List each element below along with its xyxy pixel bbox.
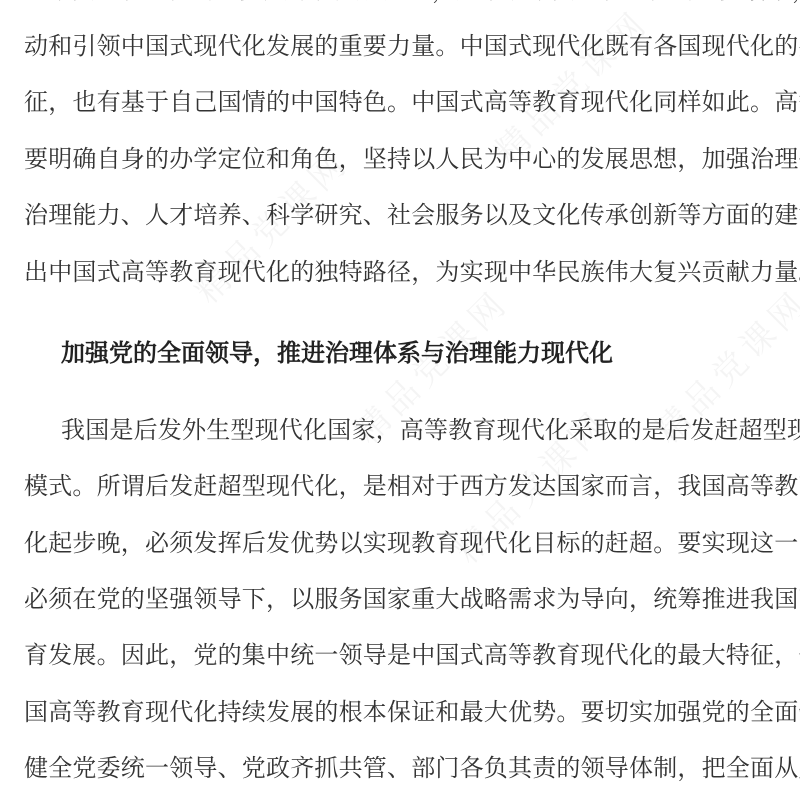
text-line: 要明确自身的办学定位和角色，坚持以人民为中心的发展思想，加强治理体系与 (24, 144, 800, 174)
section-heading: 加强党的全面领导，推进治理体系与治理能力现代化 (61, 338, 613, 368)
text-line: 我国是后发外生型现代化国家，高等教育现代化采取的是后发赶超型现代化 (61, 415, 800, 445)
text-line: 模式。所谓后发赶超型现代化，是相对于西方发达国家而言，我国高等教育现代 (24, 471, 800, 501)
text-line: 治理能力、人才培养、科学研究、社会服务以及文化传承创新等方面的建设，走 (24, 200, 800, 230)
text-line: 必须在党的坚强领导下，以服务国家重大战略需求为导向，统筹推进我国高等教 (24, 584, 800, 614)
text-line: 出中国式高等教育现代化的独特路径，为实现中华民族伟大复兴贡献力量。 (24, 257, 800, 287)
text-line: 育发展。因此，党的集中统一领导是中国式高等教育现代化的最大特征，也是我 (24, 640, 800, 670)
text-line: 动和引领中国式现代化发展的重要力量。中国式现代化既有各国现代化的共同特 (24, 31, 800, 61)
cut-off-text-line: 进中国式现代化的重要支撑和关键力量，是推动中国式现代化的重要引擎，是推 (24, 0, 800, 5)
text-line: 国高等教育现代化持续发展的根本保证和最大优势。要切实加强党的全面领导， (24, 697, 800, 727)
document-page: 精品党课网 精品党课网 精品党课网 精品党课网 精品党课网 进中国式现代化的重要… (0, 0, 800, 800)
text-line: 健全党委统一领导、党政齐抓共管、部门各负其责的领导体制，把全面从严治党 (24, 753, 800, 783)
text-line: 征，也有基于自己国情的中国特色。中国式高等教育现代化同样如此。高等院校 (24, 87, 800, 117)
text-line: 化起步晚，必须发挥后发优势以实现教育现代化目标的赶超。要实现这一目标， (24, 528, 800, 558)
